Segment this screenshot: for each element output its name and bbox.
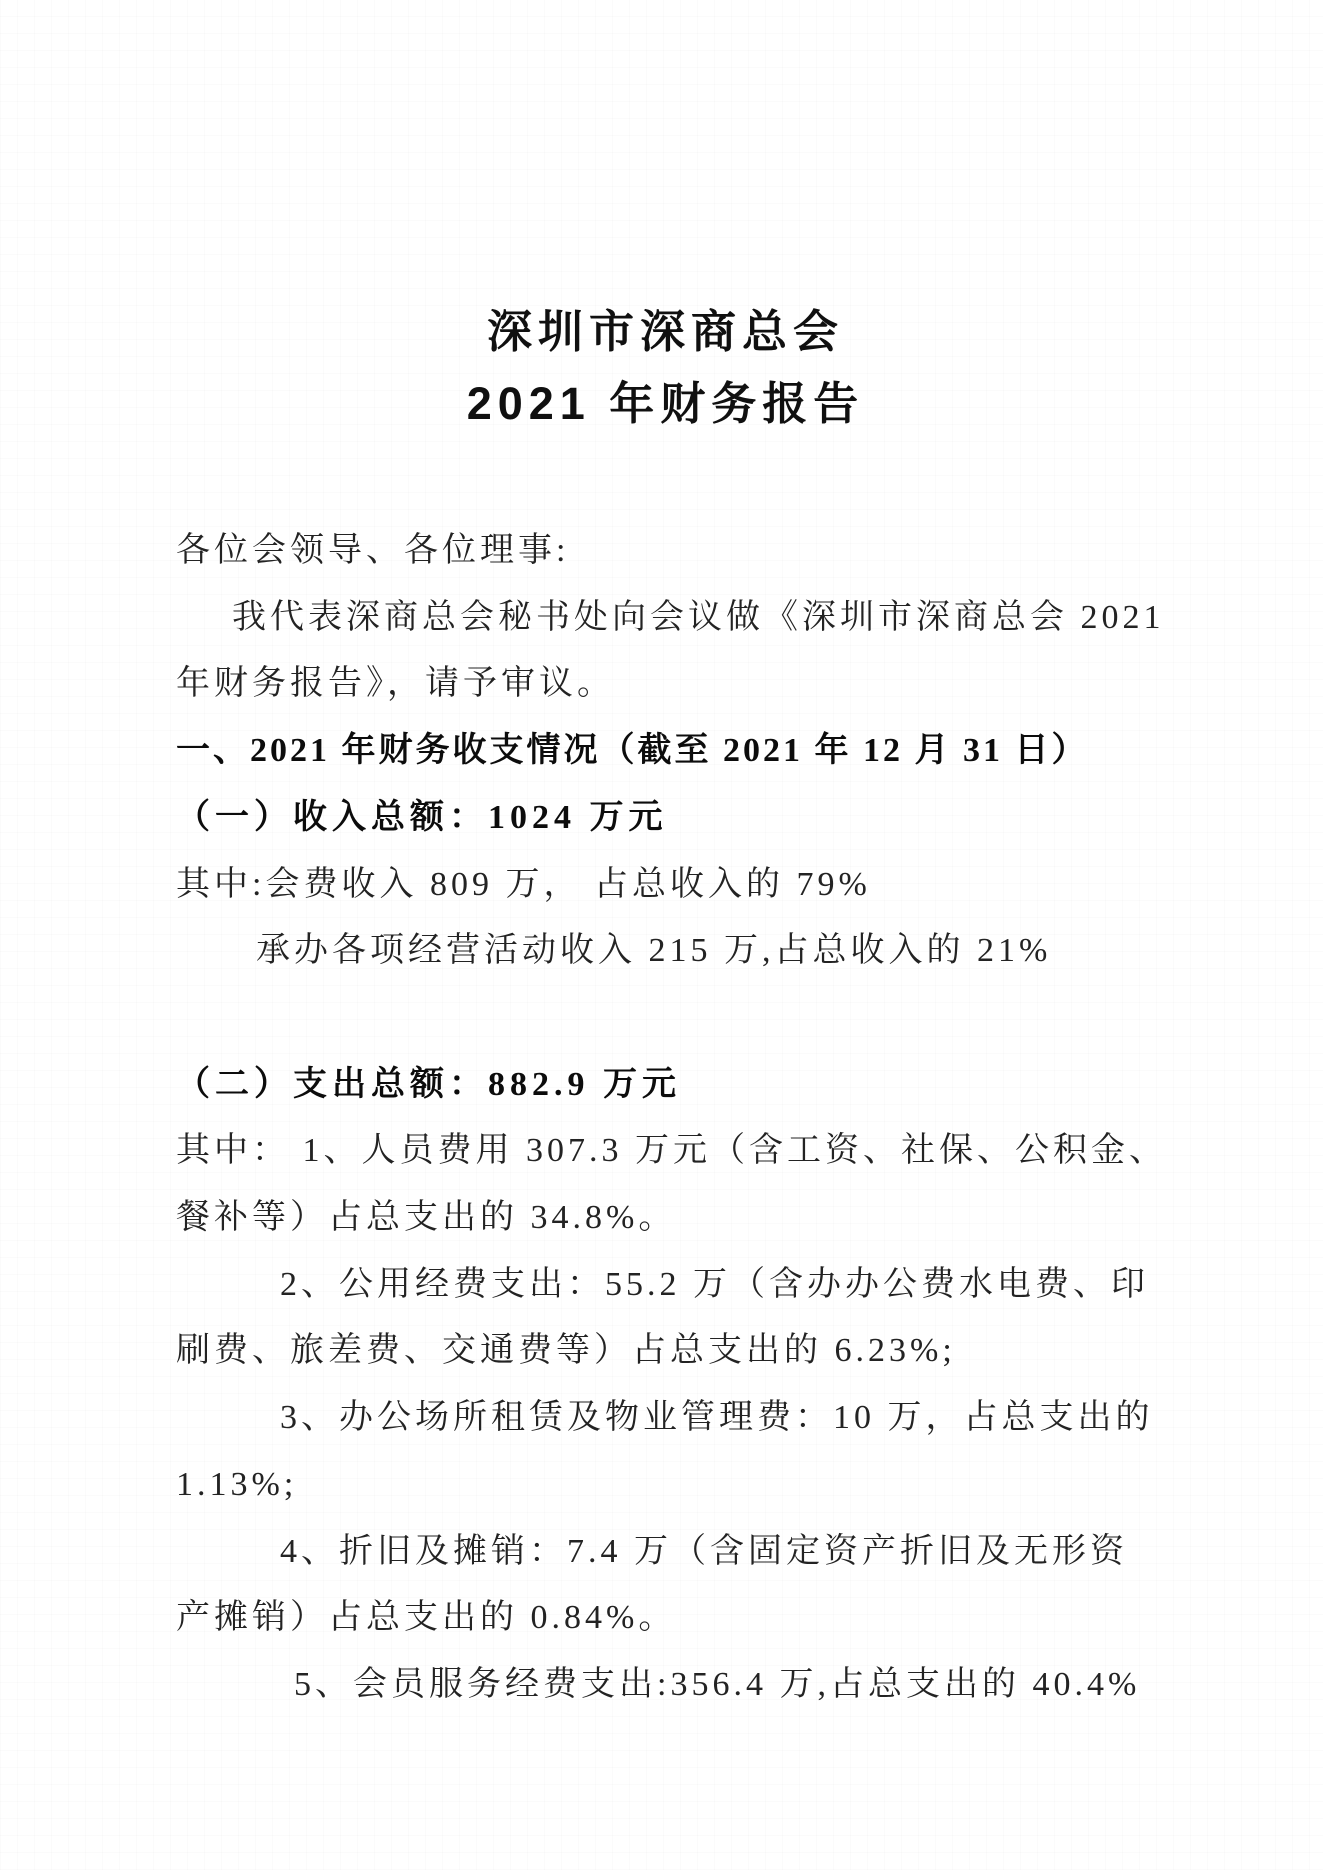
- section-1-heading: 一、2021 年财务收支情况（截至 2021 年 12 月 31 日）: [176, 718, 1155, 785]
- blank-line-spacer: [176, 985, 1155, 1052]
- document-body: 各位会领导、各位理事: 我代表深商总会秘书处向会议做《深圳市深商总会 2021 …: [176, 518, 1155, 1719]
- expense-item-3-rent-line-2: 1.13%;: [176, 1452, 1155, 1519]
- salutation-line: 各位会领导、各位理事:: [176, 518, 1155, 585]
- expense-item-4-depreciation-line-2: 产摊销）占总支出的 0.84%。: [176, 1585, 1155, 1652]
- income-detail-operating-activities: 承办各项经营活动收入 215 万,占总收入的 21%: [176, 918, 1155, 985]
- expense-item-1-personnel-line-1: 其中： 1、人员费用 307.3 万元（含工资、社保、公积金、: [176, 1118, 1155, 1185]
- document-page: 深圳市深商总会 2021 年财务报告 各位会领导、各位理事: 我代表深商总会秘书…: [0, 0, 1323, 1870]
- intro-paragraph-line-1: 我代表深商总会秘书处向会议做《深圳市深商总会 2021: [176, 585, 1155, 652]
- document-title-line-2: 2021 年财务报告: [176, 368, 1155, 440]
- document-title-line-1: 深圳市深商总会: [176, 296, 1155, 368]
- intro-paragraph-line-2: 年财务报告》，请予审议。: [176, 651, 1155, 718]
- income-total-heading: （一）收入总额：1024 万元: [176, 785, 1155, 852]
- income-detail-membership-fees: 其中:会费收入 809 万， 占总收入的 79%: [176, 852, 1155, 919]
- expense-item-4-depreciation-line-1: 4、折旧及摊销：7.4 万（含固定资产折旧及无形资: [176, 1519, 1155, 1586]
- expense-item-3-rent-line-1: 3、办公场所租赁及物业管理费：10 万，占总支出的: [176, 1385, 1155, 1452]
- expense-item-1-personnel-line-2: 餐补等）占总支出的 34.8%。: [176, 1185, 1155, 1252]
- expense-item-5-member-services: 5、会员服务经费支出:356.4 万,占总支出的 40.4%: [176, 1652, 1155, 1719]
- expense-item-2-utilities-line-1: 2、公用经费支出：55.2 万（含办办公费水电费、印: [176, 1252, 1155, 1319]
- expense-total-heading: （二）支出总额：882.9 万元: [176, 1052, 1155, 1119]
- expense-item-2-utilities-line-2: 刷费、旅差费、交通费等）占总支出的 6.23%;: [176, 1318, 1155, 1385]
